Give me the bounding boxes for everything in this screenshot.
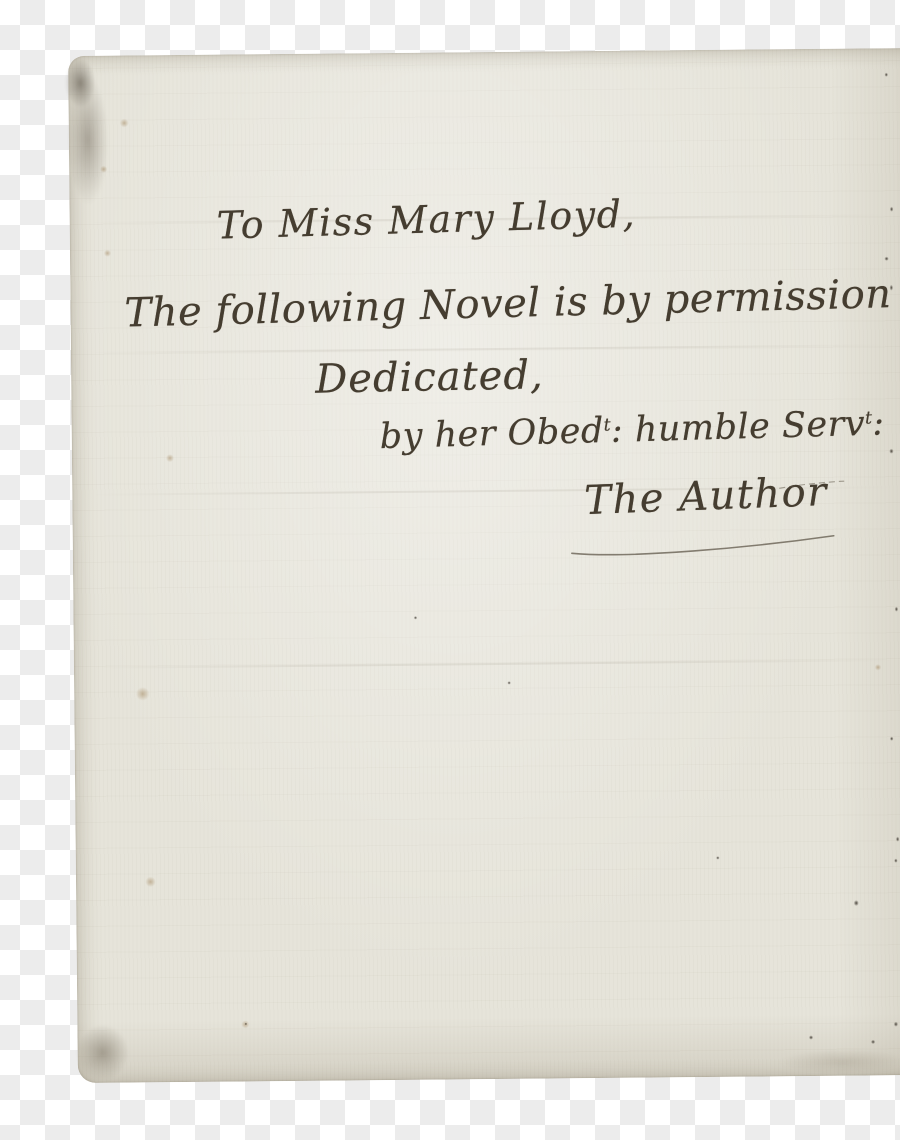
dedication-line-signoff: by her Obedt: humble Servt: bbox=[379, 403, 885, 457]
signoff-text: : bbox=[872, 403, 885, 443]
flourish-underline bbox=[560, 478, 861, 565]
ink-speck bbox=[894, 606, 898, 612]
foxing-spot bbox=[99, 165, 108, 174]
foxing-spot bbox=[240, 1019, 250, 1029]
ink-speck bbox=[894, 858, 898, 863]
ink-speck bbox=[716, 856, 720, 860]
dedication-line-dedicated: Dedicated, bbox=[315, 352, 544, 403]
foxing-spot bbox=[144, 875, 157, 888]
ink-speck bbox=[871, 1039, 876, 1044]
paper-crease bbox=[91, 659, 894, 669]
ink-speck bbox=[809, 1035, 814, 1040]
corner-stain bbox=[63, 64, 112, 216]
foxing-spot bbox=[119, 117, 130, 128]
foxing-spot bbox=[874, 663, 882, 671]
ink-speck bbox=[896, 836, 900, 842]
ink-speck bbox=[889, 448, 894, 454]
ink-speck bbox=[890, 206, 894, 212]
transparency-checkerboard: { "document": { "description_label": "ha… bbox=[0, 0, 900, 1140]
manuscript-page: To Miss Mary Lloyd, The following Novel … bbox=[68, 48, 900, 1083]
signoff-text: by her Obed bbox=[379, 411, 604, 457]
ink-speck bbox=[890, 736, 894, 741]
corner-stain bbox=[62, 54, 99, 112]
dedication-line-addressee: To Miss Mary Lloyd, bbox=[216, 192, 637, 248]
foxing-spot bbox=[165, 453, 175, 463]
foxing-spot bbox=[134, 685, 151, 702]
foxing-spot bbox=[103, 249, 112, 258]
corner-stain bbox=[69, 1017, 136, 1088]
signoff-text: : humble Serv bbox=[610, 404, 865, 451]
ink-speck bbox=[893, 1021, 898, 1027]
ink-speck bbox=[884, 256, 889, 261]
ink-speck bbox=[853, 900, 859, 907]
ink-speck bbox=[507, 681, 511, 685]
ink-speck bbox=[244, 1022, 247, 1025]
edge-shadow bbox=[768, 1046, 900, 1077]
ink-speck bbox=[413, 616, 417, 620]
ink-speck bbox=[884, 72, 888, 77]
dedication-line-body: The following Novel is by permission bbox=[124, 271, 892, 336]
